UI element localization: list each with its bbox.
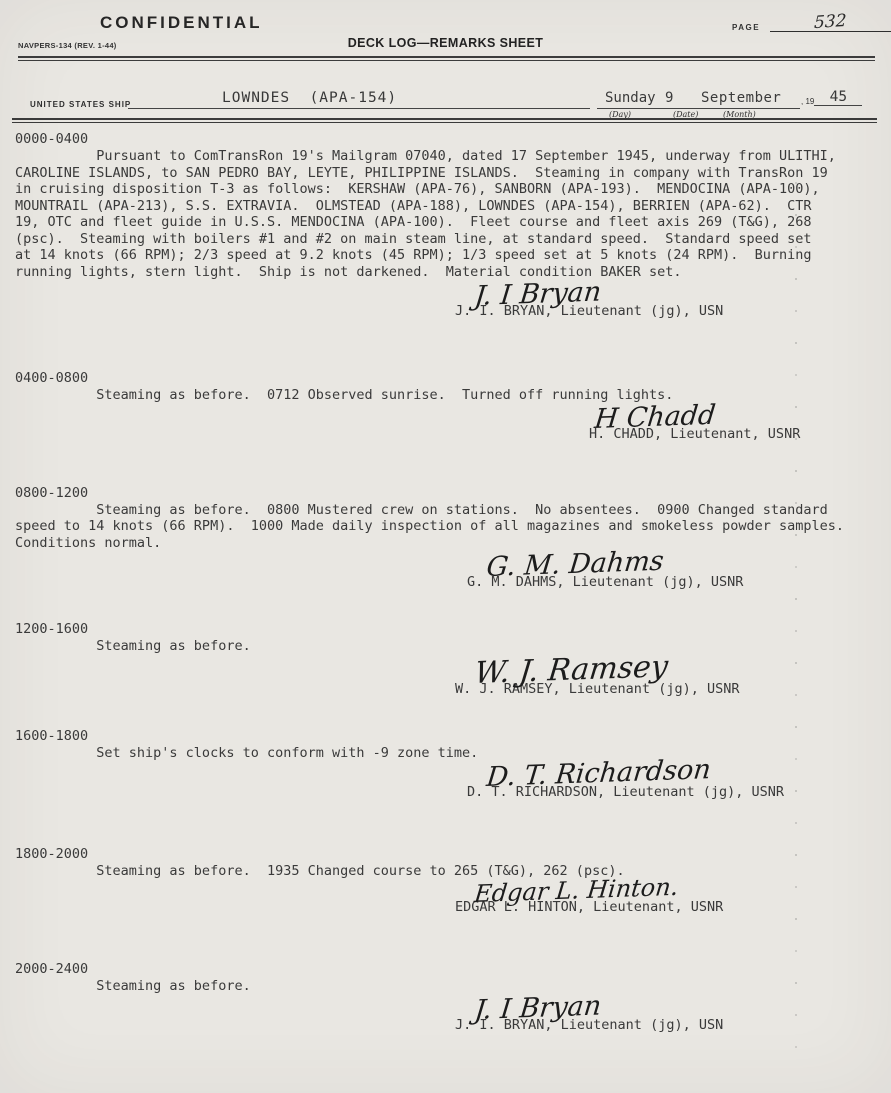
date-typed: 9 — [665, 90, 673, 106]
page-label: PAGE — [732, 23, 760, 32]
entry-text-line: at 14 knots (66 RPM); 2/3 speed at 9.2 k… — [15, 247, 881, 264]
signature-block: D. T. Richardson D. T. RICHARDSON, Lieut… — [467, 763, 881, 801]
entry-text: Pursuant to ComTransRon 19's Mailgram 07… — [15, 148, 881, 280]
deck-log-remarks-sheet: CONFIDENTIAL PAGE 532 NAVPERS-134 (REV. … — [0, 0, 891, 1093]
date-blank: Sunday 9 September — [597, 85, 800, 109]
sheet-title: DECK LOG—REMARKS SHEET — [0, 36, 891, 50]
entry-time-range: 2000-2400 — [15, 961, 881, 978]
entry-text-line: (psc). Steaming with boilers #1 and #2 o… — [15, 231, 881, 248]
page-number-blank: 532 — [770, 12, 891, 32]
ship-label: UNITED STATES SHIP — [30, 100, 131, 109]
signature-block: J. I Bryan J. I. BRYAN, Lieutenant (jg),… — [455, 996, 881, 1034]
year-blank: 45 — [814, 86, 862, 106]
entry-time-range: 1200-1600 — [15, 621, 881, 638]
entry-text-line: speed to 14 knots (66 RPM). 1000 Made da… — [15, 518, 881, 535]
signature-block: Edgar L. Hinton. EDGAR L. HINTON, Lieute… — [455, 881, 881, 915]
log-entry: 0400-0800 Steaming as before. 0712 Obser… — [15, 370, 881, 443]
entry-text-line: MOUNTRAIL (APA-213), S.S. EXTRAVIA. OLMS… — [15, 198, 881, 215]
signature-block: J. I Bryan J. I. BRYAN, Lieutenant (jg),… — [455, 282, 881, 320]
entry-time-range: 0800-1200 — [15, 485, 881, 502]
month-typed: September — [701, 90, 781, 106]
header-double-rule — [18, 56, 875, 61]
year-group: , 1945 — [801, 86, 862, 106]
page-number-group: PAGE 532 — [732, 12, 891, 32]
entry-text-line: CAROLINE ISLANDS, to SAN PEDRO BAY, LEYT… — [15, 165, 881, 182]
ship-row-rule — [12, 118, 877, 123]
entry-text-line: in cruising disposition T-3 as follows: … — [15, 181, 881, 198]
entry-time-range: 0400-0800 — [15, 370, 881, 387]
day-typed: Sunday — [605, 90, 656, 106]
entry-text-line: Pursuant to ComTransRon 19's Mailgram 07… — [15, 148, 881, 165]
entry-text-line: Steaming as before. 0800 Mustered crew o… — [15, 502, 881, 519]
year-typed: 45 — [830, 89, 847, 105]
ship-name-typed: LOWNDES (APA-154) — [222, 90, 397, 106]
log-entries: 0000-0400 Pursuant to ComTransRon 19's M… — [15, 131, 881, 1060]
entry-time-range: 1600-1800 — [15, 728, 881, 745]
signature-block: H Chadd H. CHADD, Lieutenant, USNR — [575, 405, 881, 443]
entry-time-range: 0000-0400 — [15, 131, 881, 148]
log-entry: 1600-1800 Set ship's clocks to conform w… — [15, 728, 881, 801]
scan-noise-dots — [795, 150, 797, 152]
entry-time-range: 1800-2000 — [15, 846, 881, 863]
signature-block: G. M. Dahms G. M. DAHMS, Lieutenant (jg)… — [467, 553, 881, 591]
ship-name-blank: LOWNDES (APA-154) — [128, 85, 590, 109]
entry-text-line: 19, OTC and fleet guide in U.S.S. MENDOC… — [15, 214, 881, 231]
year-prefix: , 19 — [801, 97, 814, 106]
classification-stamp: CONFIDENTIAL — [100, 13, 263, 33]
log-entry: 1800-2000 Steaming as before. 1935 Chang… — [15, 846, 881, 916]
signature-block: W. J. Ramsey W. J. RAMSEY, Lieutenant (j… — [455, 657, 881, 698]
log-entry: 0800-1200 Steaming as before. 0800 Muste… — [15, 485, 881, 591]
page-number-handwritten: 532 — [814, 11, 847, 33]
log-entry: 0000-0400 Pursuant to ComTransRon 19's M… — [15, 131, 881, 320]
log-entry: 2000-2400 Steaming as before. J. I Bryan… — [15, 961, 881, 1034]
log-entry: 1200-1600 Steaming as before. W. J. Rams… — [15, 621, 881, 698]
